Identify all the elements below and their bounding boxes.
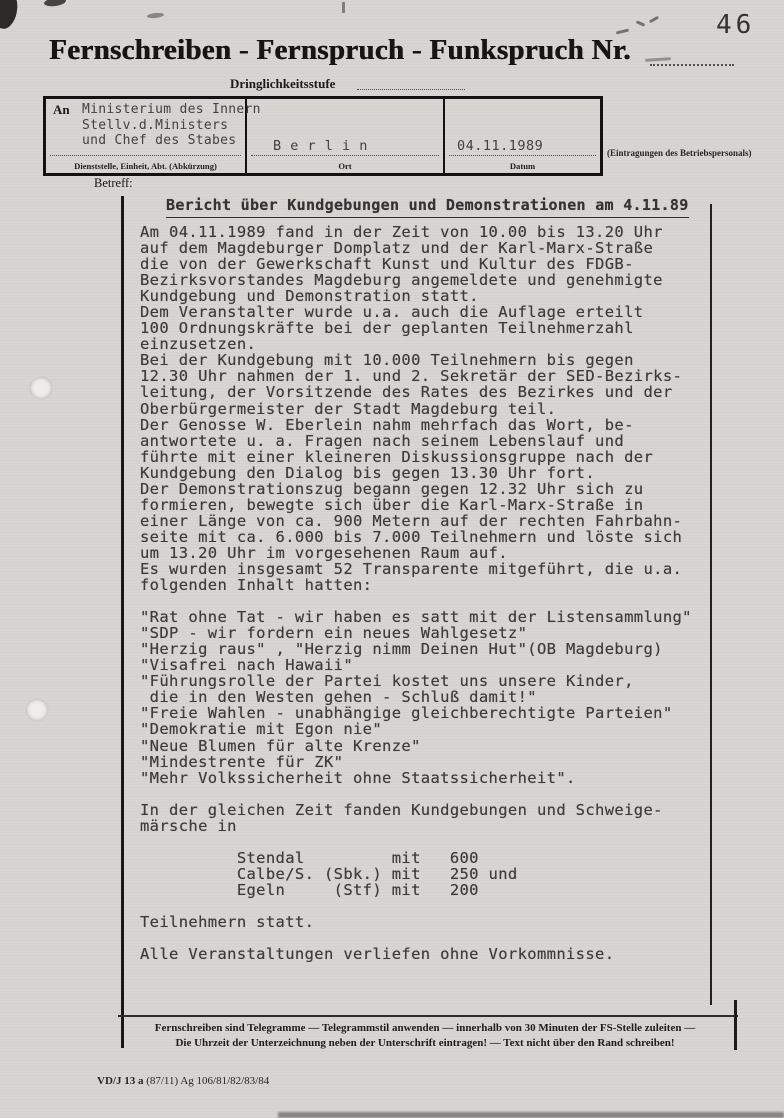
operator-note: (Eintragungen des Betriebspersonals) (607, 148, 752, 158)
footer-line-1: Fernschreiben sind Telegramme — Telegram… (125, 1021, 725, 1036)
form-code-id: VD/J 13 a (97, 1075, 143, 1087)
recipient-cell: An Ministerium des Innern Stellv.d.Minis… (46, 99, 247, 173)
date-cell: 04.11.1989 Datum (445, 99, 600, 173)
pencil-mark (649, 16, 659, 24)
document-number-stamp: 46 (716, 10, 755, 40)
scan-smudge (44, 0, 67, 7)
form-title: Fernschreiben - Fernspruch - Funkspruch … (49, 34, 631, 67)
punch-hole (30, 377, 52, 399)
scan-edge-shadow (278, 1112, 784, 1118)
form-code: VD/J 13 a (87/11) Ag 106/81/82/83/84 (97, 1075, 269, 1087)
footer-right-bar (734, 1000, 737, 1050)
pencil-mark (636, 20, 645, 26)
betreff-label: Betreff: (94, 176, 133, 191)
field-caption-datum: Datum (445, 161, 600, 171)
field-label-an: An (53, 102, 70, 118)
routing-table: An Ministerium des Innern Stellv.d.Minis… (43, 96, 603, 176)
scanned-telex-document: Fernschreiben - Fernspruch - Funkspruch … (0, 0, 784, 1118)
urgency-label: Dringlichkeitsstufe (230, 76, 335, 92)
footer-line-2: Die Uhrzeit der Unterzeichnung neben der… (125, 1036, 725, 1051)
nr-dotted-line (650, 40, 734, 66)
report-body: Am 04.11.1989 fand in der Zeit von 10.00… (140, 224, 692, 962)
field-caption-dienststelle: Dienststelle, Einheit, Abt. (Abkürzung) (46, 161, 245, 171)
right-margin-line (710, 204, 712, 1005)
left-margin-line (121, 196, 124, 1048)
field-caption-ort: Ort (247, 161, 443, 171)
punch-hole (26, 699, 48, 721)
form-code-print-info: (87/11) Ag 106/81/82/83/84 (143, 1075, 269, 1087)
footer-instructions: Fernschreiben sind Telegramme — Telegram… (125, 1021, 725, 1051)
dotted-line (449, 155, 596, 156)
scan-smudge (147, 12, 164, 19)
dotted-line (251, 155, 439, 156)
dotted-line (50, 155, 241, 156)
footer-rule (118, 1015, 738, 1017)
scan-smudge (0, 0, 21, 31)
recipient-value: Ministerium des Innern Stellv.d.Minister… (82, 102, 261, 149)
place-cell: B e r l i n Ort (247, 99, 445, 173)
place-value: B e r l i n (273, 138, 368, 154)
subject-line: Bericht über Kundgebungen und Demonstrat… (166, 196, 689, 218)
urgency-dotted-line (357, 76, 465, 90)
date-value: 04.11.1989 (457, 138, 543, 154)
scan-smudge (342, 2, 345, 13)
